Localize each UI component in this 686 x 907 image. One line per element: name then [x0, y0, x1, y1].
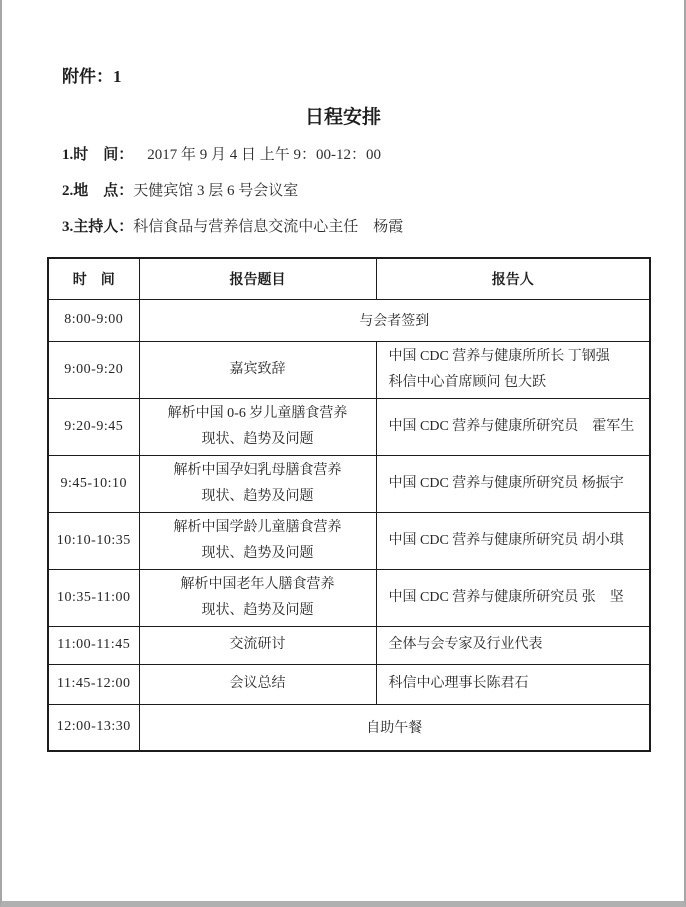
time-cell: 12:00-13:30: [48, 704, 139, 751]
time-cell: 8:00-9:00: [48, 299, 139, 341]
speaker-line: 中国 CDC 营养与健康所研究员 胡小琪: [389, 528, 650, 554]
topic-line: 现状、趋势及问题: [140, 484, 376, 510]
meta-time-label: 1.时 间：: [62, 147, 133, 163]
header-time: 时 间: [48, 258, 139, 299]
topic-cell: 嘉宾致辞: [139, 341, 376, 398]
table-row: 10:35-11:00 解析中国老年人膳食营养 现状、趋势及问题 中国 CDC …: [48, 569, 650, 626]
table-row: 9:00-9:20 嘉宾致辞 中国 CDC 营养与健康所所长 丁钢强 科信中心首…: [48, 341, 650, 398]
meta-host-value: 科信食品与营养信息交流中心主任 杨霞: [133, 219, 403, 235]
table-row: 9:45-10:10 解析中国孕妇乳母膳食营养 现状、趋势及问题 中国 CDC …: [48, 455, 650, 512]
table-row: 9:20-9:45 解析中国 0-6 岁儿童膳食营养 现状、趋势及问题 中国 C…: [48, 398, 650, 455]
table-header-row: 时 间 报告题目 报告人: [48, 258, 650, 299]
topic-line: 交流研讨: [140, 632, 376, 658]
speaker-cell: 科信中心理事长陈君石: [376, 664, 650, 704]
topic-line: 解析中国 0-6 岁儿童膳食营养: [140, 401, 376, 427]
header-speaker: 报告人: [376, 258, 650, 299]
meta-line-location: 2.地 点：天健宾馆 3 层 6 号会议室: [62, 181, 684, 201]
topic-line: 现状、趋势及问题: [140, 427, 376, 453]
speaker-cell: 中国 CDC 营养与健康所研究员 张 坚: [376, 569, 650, 626]
header-topic: 报告题目: [139, 258, 376, 299]
time-cell: 10:10-10:35: [48, 512, 139, 569]
document-page: 附件：1 日程安排 1.时 间：2017 年 9 月 4 日 上午 9：00-1…: [0, 0, 686, 907]
speaker-line: 中国 CDC 营养与健康所所长 丁钢强: [389, 344, 650, 370]
table-row: 10:10-10:35 解析中国学龄儿童膳食营养 现状、趋势及问题 中国 CDC…: [48, 512, 650, 569]
speaker-line: 中国 CDC 营养与健康所研究员 杨振宇: [389, 471, 650, 497]
topic-line: 现状、趋势及问题: [140, 541, 376, 567]
time-cell: 9:00-9:20: [48, 341, 139, 398]
speaker-line: 全体与会专家及行业代表: [389, 632, 650, 658]
speaker-cell: 中国 CDC 营养与健康所研究员 杨振宇: [376, 455, 650, 512]
table-row: 8:00-9:00 与会者签到: [48, 299, 650, 341]
table-row: 11:00-11:45 交流研讨 全体与会专家及行业代表: [48, 626, 650, 664]
page-title: 日程安排: [2, 102, 684, 129]
topic-line: 嘉宾致辞: [140, 357, 376, 383]
speaker-line: 科信中心理事长陈君石: [389, 671, 650, 697]
meta-location-label: 2.地 点：: [62, 183, 133, 199]
topic-cell: 解析中国学龄儿童膳食营养 现状、趋势及问题: [139, 512, 376, 569]
meta-time-value: 2017 年 9 月 4 日 上午 9：00-12：00: [147, 147, 381, 163]
topic-cell: 解析中国老年人膳食营养 现状、趋势及问题: [139, 569, 376, 626]
speaker-line: 科信中心首席顾问 包大跃: [389, 370, 650, 396]
topic-line: 现状、趋势及问题: [140, 598, 376, 624]
meta-section: 1.时 间：2017 年 9 月 4 日 上午 9：00-12：00 2.地 点…: [62, 145, 684, 237]
topic-cell: 解析中国 0-6 岁儿童膳食营养 现状、趋势及问题: [139, 398, 376, 455]
time-cell: 9:45-10:10: [48, 455, 139, 512]
speaker-line: 中国 CDC 营养与健康所研究员 霍军生: [389, 414, 650, 440]
speaker-line: 中国 CDC 营养与健康所研究员 张 坚: [389, 585, 650, 611]
speaker-cell: 中国 CDC 营养与健康所研究员 霍军生: [376, 398, 650, 455]
meta-line-host: 3.主持人：科信食品与营养信息交流中心主任 杨霞: [62, 217, 684, 237]
time-cell: 11:45-12:00: [48, 664, 139, 704]
topic-cell: 解析中国孕妇乳母膳食营养 现状、趋势及问题: [139, 455, 376, 512]
time-cell: 11:00-11:45: [48, 626, 139, 664]
speaker-cell: 中国 CDC 营养与健康所研究员 胡小琪: [376, 512, 650, 569]
time-cell: 10:35-11:00: [48, 569, 139, 626]
topic-line: 解析中国老年人膳食营养: [140, 572, 376, 598]
table-row: 11:45-12:00 会议总结 科信中心理事长陈君石: [48, 664, 650, 704]
speaker-cell: 中国 CDC 营养与健康所所长 丁钢强 科信中心首席顾问 包大跃: [376, 341, 650, 398]
attachment-label: 附件：1: [62, 62, 684, 87]
meta-location-value: 天健宾馆 3 层 6 号会议室: [133, 183, 298, 199]
schedule-table: 时 间 报告题目 报告人 8:00-9:00 与会者签到 9:00-9:20 嘉…: [47, 257, 651, 752]
time-cell: 9:20-9:45: [48, 398, 139, 455]
topic-line: 会议总结: [140, 671, 376, 697]
table-row: 12:00-13:30 自助午餐: [48, 704, 650, 751]
topic-cell: 交流研讨: [139, 626, 376, 664]
speaker-cell: 全体与会专家及行业代表: [376, 626, 650, 664]
topic-cell: 会议总结: [139, 664, 376, 704]
meta-host-label: 3.主持人：: [62, 219, 133, 235]
topic-line: 解析中国孕妇乳母膳食营养: [140, 458, 376, 484]
meta-line-time: 1.时 间：2017 年 9 月 4 日 上午 9：00-12：00: [62, 145, 684, 165]
merged-cell: 与会者签到: [139, 299, 650, 341]
merged-cell: 自助午餐: [139, 704, 650, 751]
topic-line: 解析中国学龄儿童膳食营养: [140, 515, 376, 541]
